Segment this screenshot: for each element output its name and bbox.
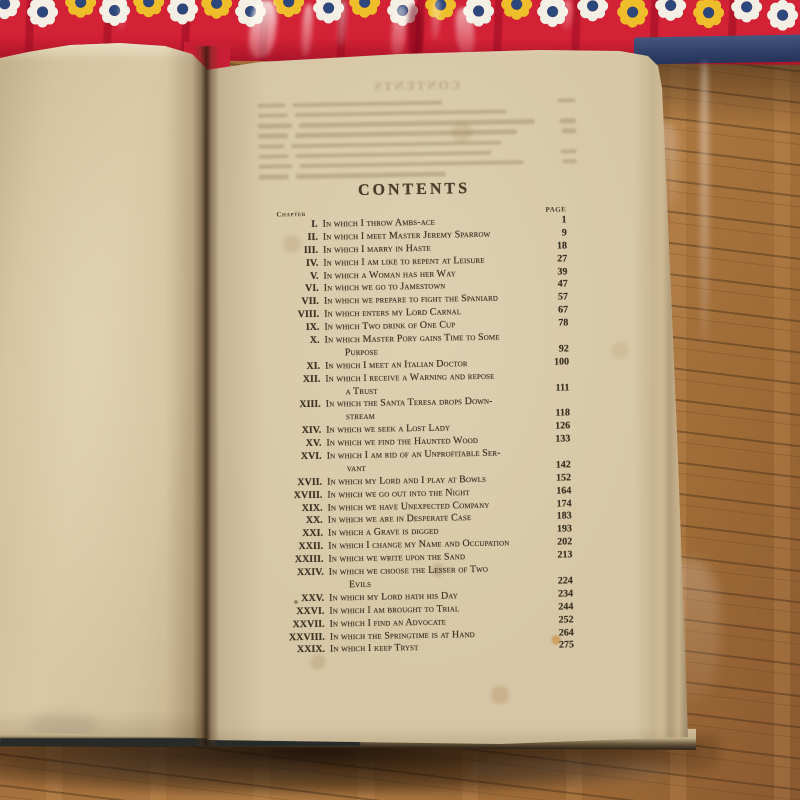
- dot-leader: [488, 255, 537, 266]
- chapter-numeral: XV.: [266, 438, 326, 450]
- chapter-title: In which I meet an Italian Doctor: [325, 358, 468, 371]
- ghost-line: [259, 158, 577, 170]
- dot-leader: [501, 294, 537, 305]
- dot-leader: [468, 551, 542, 562]
- page-number: 133: [542, 433, 570, 444]
- page-number: 174: [543, 498, 571, 509]
- daisy-flower-icon: [199, 0, 233, 20]
- chapter-title: In which we find the Haunted Wood: [326, 435, 478, 449]
- chapter-numeral: VIII.: [264, 309, 324, 321]
- gloss-streak: [700, 62, 709, 342]
- ghost-numeral: [258, 123, 292, 128]
- show-through-text: CONTENTS: [257, 75, 577, 184]
- chapter-title: In which we seek a Lost Lady: [326, 423, 450, 436]
- ghost-title: [295, 130, 517, 138]
- daisy-center: [777, 9, 788, 20]
- daisy-center: [741, 1, 752, 12]
- page-number: 275: [546, 640, 574, 651]
- dot-leader: [438, 216, 536, 228]
- chapter-title: In which I find an Advocate: [329, 616, 446, 629]
- dot-leader: [464, 307, 537, 318]
- daisy-flower-icon: [765, 0, 799, 32]
- daisy-center: [359, 0, 370, 7]
- ghost-title: [296, 172, 446, 179]
- chapter-title: In which I throw Ambs-ace: [323, 217, 436, 230]
- page-number: 252: [545, 614, 573, 625]
- page-column-label: PAGE: [545, 205, 566, 213]
- daisy-center: [665, 0, 676, 10]
- chapter-numeral: IV.: [263, 257, 323, 269]
- page-number: 47: [540, 279, 568, 290]
- chapter-title: In which we go to Jamestown: [324, 281, 446, 294]
- chapter-title: In which Master Pory gains Time to Some: [325, 332, 500, 346]
- page-number: 18: [539, 240, 567, 251]
- dot-leader: [512, 539, 541, 550]
- ghost-line: [258, 97, 576, 109]
- chapter-numeral: XVIII.: [267, 489, 327, 501]
- chapter-numeral: XVII.: [267, 476, 327, 488]
- page-number: 234: [545, 588, 573, 599]
- daisy-flower-icon: [615, 0, 649, 29]
- daisy-flower-icon: [97, 0, 131, 27]
- chapter-numeral: XVI.: [267, 451, 327, 463]
- ghost-title: [291, 140, 501, 148]
- daisy-center: [177, 3, 188, 14]
- chapter-title: In which a Grave is digged: [328, 526, 439, 539]
- ghost-page-number: [557, 98, 575, 103]
- ghost-numeral: [258, 113, 288, 118]
- dot-leader: [381, 384, 539, 397]
- dot-leader: [453, 423, 539, 435]
- chapter-numeral: XXV.: [269, 592, 329, 604]
- ghost-page-number: [563, 159, 577, 164]
- daisy-center: [283, 0, 294, 7]
- ghost-page-number: [560, 149, 576, 154]
- chapter-numeral: XXII.: [268, 541, 328, 553]
- page-number: 213: [544, 549, 572, 560]
- ghost-title: [300, 160, 524, 168]
- daisy-flower-icon: [25, 0, 59, 29]
- chapter-numeral: XIII.: [266, 399, 326, 411]
- ghost-line: [258, 138, 576, 150]
- dot-leader: [471, 358, 539, 369]
- chapter-title: In which we prepare to fight the Spaniar…: [324, 293, 498, 307]
- dot-leader: [448, 281, 536, 293]
- dot-leader: [489, 474, 540, 485]
- chapter-title: In which I meet Master Jeremy Sparrow: [323, 229, 491, 243]
- daisy-flower-icon: [63, 0, 97, 19]
- book-gutter-shadow: [193, 46, 219, 746]
- ghost-line: [258, 148, 576, 160]
- chapter-title: In which I marry in Haste: [323, 243, 431, 256]
- page-number: 78: [540, 317, 568, 328]
- daisy-flower-icon: [729, 0, 763, 24]
- left-blank-page: [0, 40, 212, 746]
- ghost-title: [293, 100, 443, 107]
- daisy-center: [143, 0, 154, 7]
- daisy-center: [0, 0, 10, 9]
- daisy-flower-icon: [165, 0, 199, 26]
- dot-leader: [442, 526, 541, 538]
- page-number: 67: [540, 305, 568, 316]
- page-number: 27: [539, 253, 567, 264]
- chapter-numeral: XXIX.: [270, 644, 330, 656]
- chapter-numeral: VI.: [264, 283, 324, 295]
- chapter-title: In which enters my Lord Carnal: [324, 306, 461, 319]
- chapter-numeral-spacer: [265, 356, 325, 357]
- daisy-center: [703, 7, 714, 18]
- ghost-numeral: [258, 144, 284, 149]
- chapter-numeral: V.: [263, 270, 323, 282]
- chapter-title: In which the Santa Teresa drops Down-: [326, 396, 493, 410]
- daisy-flower-icon: [499, 0, 533, 21]
- page-number: 164: [543, 485, 571, 496]
- chapter-numeral: XI.: [265, 360, 325, 372]
- contents-section: CONTENTS Chapter PAGE I.In which I throw…: [262, 178, 574, 658]
- daisy-center: [547, 6, 558, 17]
- ghost-line: [258, 118, 576, 130]
- chapter-title: In which my Lord and I play at Bowls: [327, 474, 486, 488]
- dot-leader: [492, 500, 540, 511]
- chapter-numeral: XXIII.: [268, 554, 328, 566]
- ghost-title: [295, 109, 507, 117]
- page-number: 193: [544, 524, 572, 535]
- daisy-center: [211, 0, 222, 8]
- chapter-title-continued: a Trust: [325, 385, 377, 397]
- chapter-numeral: III.: [263, 244, 323, 256]
- chapter-title: In which the Springtime is at Hand: [330, 629, 475, 643]
- daisy-flower-icon: [653, 0, 687, 22]
- dot-leader: [493, 229, 536, 240]
- page-number: 126: [542, 421, 570, 432]
- daisy-center: [473, 5, 484, 16]
- page-number: 244: [545, 601, 573, 612]
- ghost-line: [258, 107, 576, 119]
- page-number: 142: [543, 459, 571, 470]
- ghost-title: [295, 150, 491, 158]
- chapter-numeral: XXVIII.: [270, 631, 330, 643]
- ghost-numeral: [258, 154, 288, 159]
- chapter-title: In which Two drink of One Cup: [324, 319, 455, 332]
- chapter-title-continued: Purpose: [325, 347, 378, 359]
- chapter-title-continued: vant: [327, 463, 366, 475]
- chapter-numeral: VII.: [264, 296, 324, 308]
- dot-leader: [481, 435, 540, 446]
- dot-leader: [434, 242, 536, 254]
- dot-leader: [421, 642, 543, 654]
- ghost-page-number: [560, 118, 576, 123]
- contents-heading: CONTENTS: [262, 178, 566, 201]
- dot-leader: [461, 590, 542, 601]
- page-number: 1: [538, 214, 566, 225]
- chapter-numeral-spacer: [269, 588, 329, 589]
- chapter-numeral-spacer: [267, 472, 327, 473]
- page-number: 202: [544, 537, 572, 548]
- chapter-numeral: X.: [265, 335, 325, 347]
- page-number: 111: [541, 382, 569, 393]
- ghost-lines: [258, 97, 577, 180]
- page-number: 92: [541, 343, 569, 354]
- chapter-title-continued: Evils: [329, 579, 371, 591]
- chapter-numeral: IX.: [264, 322, 324, 334]
- daisy-center: [323, 2, 334, 13]
- dot-leader: [458, 319, 537, 330]
- chapter-title: In which we have Unexpected Company: [327, 499, 489, 513]
- daisy-flower-icon: [575, 0, 609, 22]
- page-number: 224: [545, 575, 573, 586]
- daisy-center: [75, 0, 86, 7]
- daisy-center: [511, 0, 522, 9]
- daisy-flower-icon: [131, 0, 165, 18]
- chapter-title: In which I receive a Warning and repose: [325, 370, 494, 384]
- ghost-numeral: [259, 164, 293, 169]
- daisy-flower-icon: [0, 0, 21, 20]
- chapter-title: In which we go out into the Night: [327, 487, 470, 500]
- chapter-title: In which I am brought to Trial: [329, 603, 459, 616]
- chapter-title: In which my Lord hath his Day: [329, 590, 458, 603]
- ghost-numeral: [259, 174, 289, 179]
- chapter-numeral: II.: [263, 232, 323, 244]
- dot-leader: [449, 616, 543, 628]
- chapter-numeral: I.: [263, 219, 323, 231]
- chapter-title: In which I keep Tryst: [330, 642, 419, 655]
- left-page-shading: [0, 40, 212, 746]
- daisy-flower-icon: [347, 0, 381, 19]
- chapter-title: In which I am like to repent at Leisure: [323, 254, 485, 268]
- chapter-numeral-spacer: [266, 394, 326, 395]
- daisy-flower-icon: [691, 0, 725, 29]
- chapter-title: In which I change my Name and Occupation: [328, 538, 509, 552]
- chapter-numeral: XXIV.: [269, 567, 329, 579]
- navy-band: [634, 35, 800, 65]
- chapter-title-continued: stream: [326, 411, 375, 423]
- dot-leader: [462, 603, 542, 614]
- dot-leader: [478, 629, 543, 640]
- chapter-column-label: Chapter: [276, 210, 306, 219]
- daisy-center: [627, 6, 638, 17]
- chapter-title: In which we are in Desperate Case: [328, 513, 472, 527]
- chapter-title: In which we choose the Lesser of Two: [329, 564, 489, 578]
- page-number: 100: [541, 356, 569, 367]
- page-number: 152: [543, 472, 571, 483]
- daisy-center: [587, 0, 598, 11]
- chapter-numeral: XIX.: [267, 502, 327, 514]
- chapter-title: In which we write upon the Sand: [328, 551, 465, 564]
- ghost-line: [258, 128, 576, 140]
- page-number: 39: [539, 266, 567, 277]
- chapter-numeral: XXVI.: [269, 605, 329, 617]
- page-number: 9: [539, 227, 567, 238]
- chapter-numeral: XXVII.: [269, 618, 329, 630]
- page-number: 118: [542, 408, 570, 419]
- book-photo-scene: CONTENTS CONTENTS Chapter PAGE I.In whic…: [0, 0, 800, 800]
- chapter-title: In which I am rid of an Unprofitable Ser…: [327, 448, 501, 462]
- ghost-numeral: [258, 103, 286, 108]
- dot-leader: [459, 268, 537, 279]
- chapter-title: In which a Woman has her Way: [323, 268, 456, 281]
- fabric-dark-fold: [408, 4, 422, 58]
- chapter-numeral: XIV.: [266, 425, 326, 437]
- dot-leader: [381, 345, 538, 358]
- page-number: 183: [544, 511, 572, 522]
- dot-leader: [473, 487, 541, 498]
- daisy-center: [37, 6, 48, 17]
- chapter-numeral: XX.: [268, 515, 328, 527]
- page-number: 57: [540, 292, 568, 303]
- chapter-numeral: XXI.: [268, 528, 328, 540]
- chapter-numeral: XII.: [265, 373, 325, 385]
- ghost-numeral: [258, 134, 288, 139]
- ghost-page-number: [562, 129, 576, 134]
- toc-list: I.In which I throw Ambs-ace1II.In which …: [263, 214, 575, 658]
- dot-leader: [474, 513, 541, 524]
- page-number: 264: [546, 627, 574, 638]
- ghost-title: [299, 119, 535, 128]
- chapter-numeral-spacer: [266, 420, 326, 421]
